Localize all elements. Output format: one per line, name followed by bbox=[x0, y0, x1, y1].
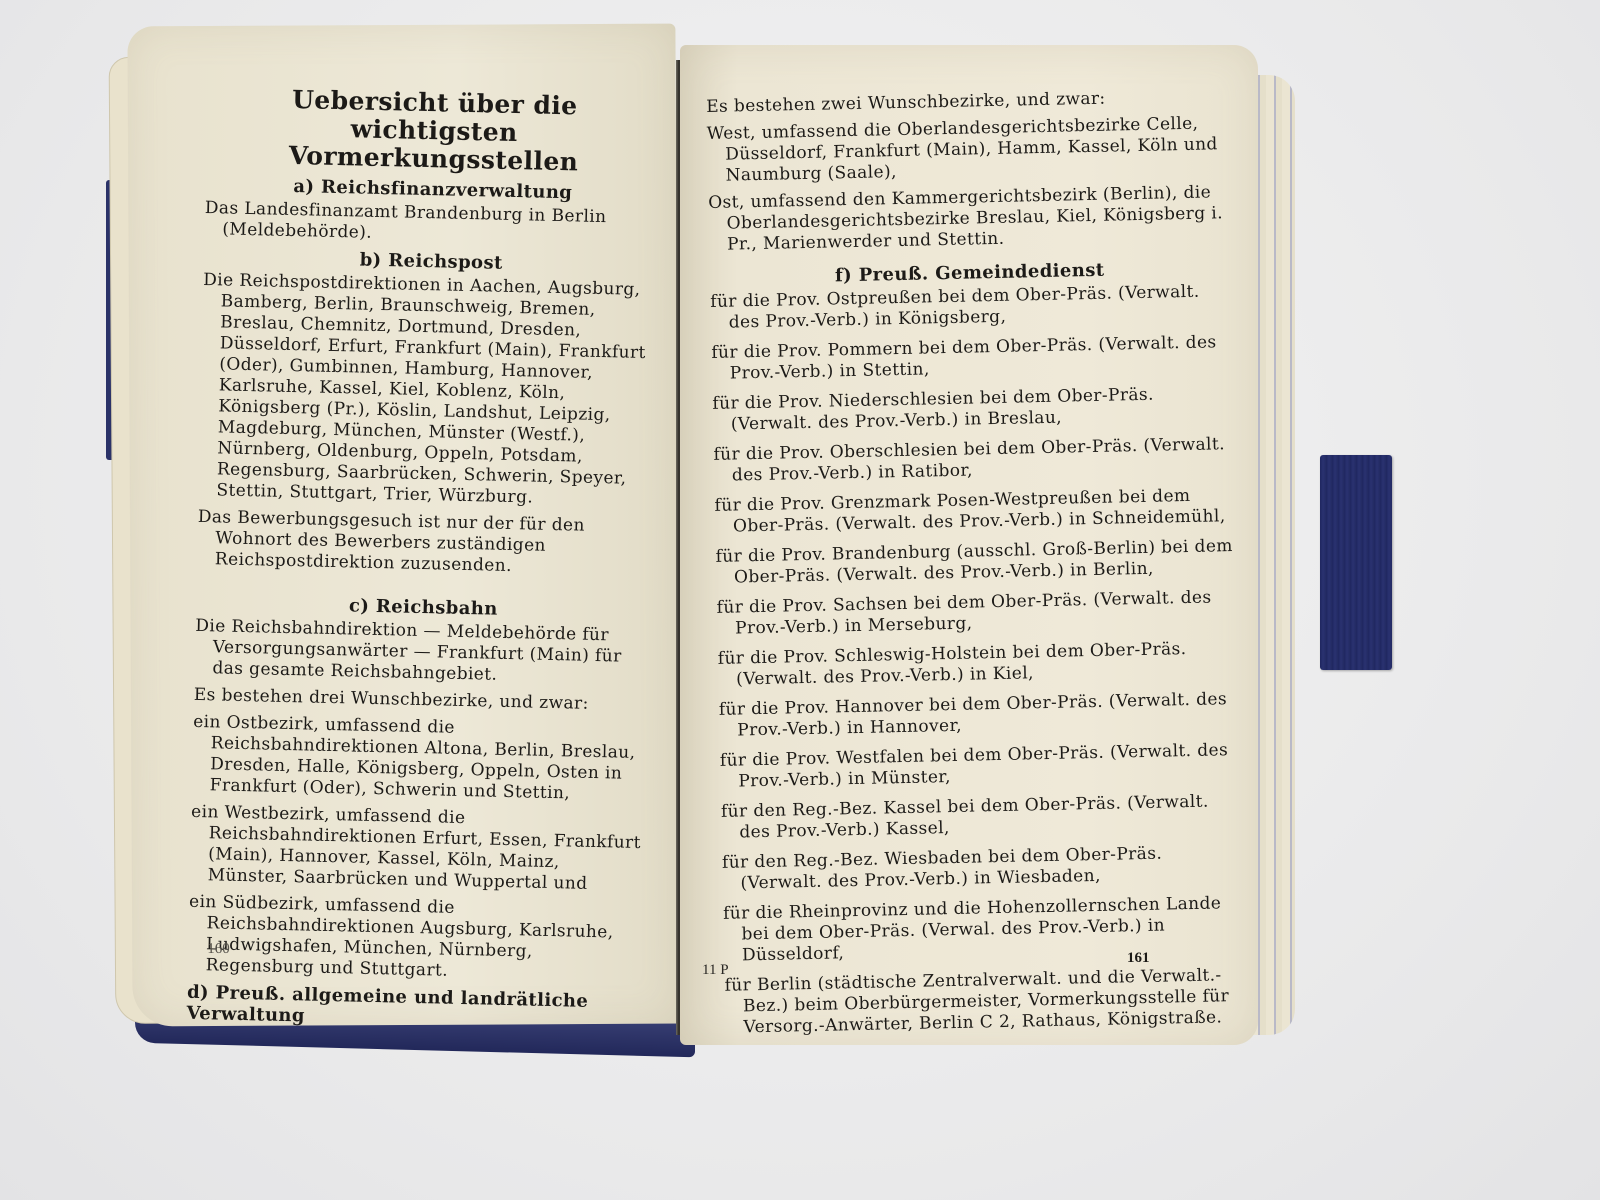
entry-wiesbaden: für den Reg.-Bez. Wiesbaden bei dem Ober… bbox=[722, 842, 1243, 895]
title-line-1: Uebersicht über die wichtigsten bbox=[206, 84, 662, 150]
signature-mark: 11 P bbox=[702, 962, 729, 979]
section-c-district-south: ein Südbezirk, umfassend die Reichsbahnd… bbox=[187, 892, 644, 986]
entry-rheinprovinz: für die Rheinprovinz und die Hohenzoller… bbox=[723, 893, 1244, 967]
page-number-right: 161 bbox=[1127, 950, 1150, 967]
entry-pommern: für die Prov. Pommern bei dem Ober-Präs.… bbox=[711, 332, 1232, 385]
entry-sachsen: für die Prov. Sachsen bei dem Ober-Präs.… bbox=[716, 587, 1237, 640]
section-a-text: Das Landesfinanzamt Brandenburg in Berli… bbox=[204, 198, 660, 250]
entry-ostpreussen: für die Prov. Ostpreußen bei dem Ober-Pr… bbox=[710, 281, 1231, 334]
entry-berlin: für Berlin (städtische Zentralverwalt. u… bbox=[724, 965, 1245, 1039]
right-page: Es bestehen zwei Wunschbezirke, und zwar… bbox=[680, 45, 1258, 1045]
section-d-heading: d) Preuß. allgemeine und landrätliche Ve… bbox=[186, 982, 642, 1027]
entry-schleswig-holstein: für die Prov. Schleswig-Holstein bei dem… bbox=[718, 638, 1239, 691]
section-b-note: Das Bewerbungsgesuch ist nur der für den… bbox=[197, 507, 653, 580]
page-title: Uebersicht über die wichtigsten Vormerku… bbox=[206, 84, 663, 178]
entry-grenzmark: für die Prov. Grenzmark Posen-Westpreuße… bbox=[714, 485, 1235, 538]
bookmark-tab[interactable] bbox=[1320, 455, 1392, 670]
right-intro: Es bestehen zwei Wunschbezirke, und zwar… bbox=[706, 86, 1226, 118]
right-page-content: Es bestehen zwei Wunschbezirke, und zwar… bbox=[706, 86, 1246, 1045]
entry-hannover: für die Prov. Hannover bei dem Ober-Präs… bbox=[719, 689, 1240, 742]
section-c-text: Die Reichsbahndirektion — Meldebehörde f… bbox=[194, 616, 650, 689]
section-b-text: Die Reichspostdirektionen in Aachen, Aug… bbox=[198, 270, 658, 511]
open-book: Uebersicht über die wichtigsten Vormerku… bbox=[0, 0, 1600, 1200]
section-c-district-east: ein Ostbezirk, umfassend die Reichsbahnd… bbox=[192, 712, 649, 806]
entry-brandenburg: für die Prov. Brandenburg (ausschl. Groß… bbox=[715, 536, 1236, 589]
entry-oberschlesien: für die Prov. Oberschlesien bei dem Ober… bbox=[713, 434, 1234, 487]
entry-kassel: für den Reg.-Bez. Kassel bei dem Ober-Pr… bbox=[721, 791, 1242, 844]
section-c-intro: Es bestehen drei Wunschbezirke, und zwar… bbox=[194, 685, 649, 716]
district-east: Ost, umfassend den Kammergerichtsbezirk … bbox=[708, 182, 1229, 256]
section-c-district-west: ein Westbezirk, umfassend die Reichsbahn… bbox=[189, 802, 646, 896]
page-number-left: 160 bbox=[207, 941, 230, 958]
left-page: Uebersicht über die wichtigsten Vormerku… bbox=[127, 24, 680, 1027]
district-west: West, umfassend die Oberlandesgerichtsbe… bbox=[707, 113, 1228, 187]
entry-westfalen: für die Prov. Westfalen bei dem Ober-Prä… bbox=[720, 740, 1241, 793]
left-page-content: Uebersicht über die wichtigsten Vormerku… bbox=[183, 84, 663, 1026]
entry-niederschlesien: für die Prov. Niederschlesien bei dem Ob… bbox=[712, 383, 1233, 436]
section-d-heading-line-1: d) Preuß. allgemeine und landrätliche Ve… bbox=[186, 982, 642, 1027]
